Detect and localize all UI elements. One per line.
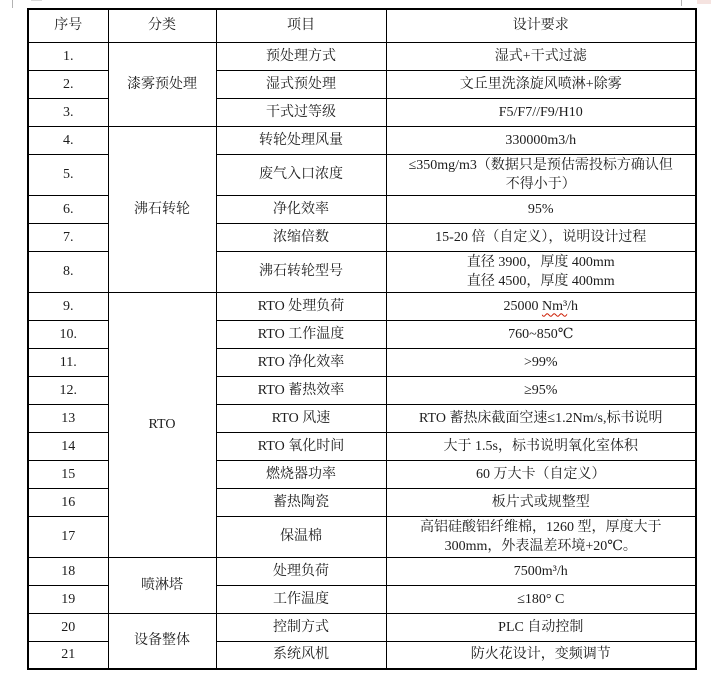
table-row: 4.沸石转轮转轮处理风量330000m3/h xyxy=(28,126,696,154)
item-cell: RTO 氧化时间 xyxy=(216,432,386,460)
requirement-line: 15-20 倍（自定义），说明设计过程 xyxy=(389,228,694,247)
spec-table-body: 1.漆雾预处理预处理方式湿式+干式过滤2.湿式预处理文丘里洗涤旋风喷淋+除雾3.… xyxy=(28,42,696,669)
row-number-cell: 18 xyxy=(28,557,108,585)
requirement-line: 湿式+干式过滤 xyxy=(389,47,694,66)
requirement-text: 25000 xyxy=(503,299,542,314)
row-number-cell: 19 xyxy=(28,585,108,613)
item-cell: 燃烧器功率 xyxy=(216,460,386,488)
item-cell: 蓄热陶瓷 xyxy=(216,488,386,516)
screen-artifact-right-tick xyxy=(681,0,682,6)
row-number-cell: 5. xyxy=(28,154,108,195)
category-cell: 设备整体 xyxy=(108,613,216,669)
screen-artifact-smudge xyxy=(697,0,711,4)
requirement-line: 防火花设计，变频调节 xyxy=(389,645,694,664)
requirement-cell: 防火花设计，变频调节 xyxy=(386,641,696,669)
requirement-cell: 大于 1.5s，标书说明氧化室体积 xyxy=(386,432,696,460)
row-number-cell: 15 xyxy=(28,460,108,488)
requirement-cell: 文丘里洗涤旋风喷淋+除雾 xyxy=(386,70,696,98)
requirement-cell: 高铝硅酸铝纤维棉，1260 型，厚度大于300mm，外表温差环境+20℃。 xyxy=(386,516,696,557)
requirement-line: 330000m3/h xyxy=(389,131,694,150)
column-header-item: 项目 xyxy=(216,9,386,42)
item-cell: RTO 处理负荷 xyxy=(216,292,386,320)
table-row: 9.RTORTO 处理负荷25000 Nm³/h xyxy=(28,292,696,320)
requirement-line: >99% xyxy=(389,353,694,372)
table-row: 18喷淋塔处理负荷7500m³/h xyxy=(28,557,696,585)
item-cell: 净化效率 xyxy=(216,195,386,223)
requirement-line: 高铝硅酸铝纤维棉，1260 型，厚度大于 xyxy=(389,518,694,537)
item-cell: 系统风机 xyxy=(216,641,386,669)
row-number-cell: 16 xyxy=(28,488,108,516)
screen-artifact-left-tick xyxy=(12,0,13,8)
row-number-cell: 8. xyxy=(28,251,108,292)
spellcheck-underlined-text: Nm³ xyxy=(542,299,567,314)
row-number-cell: 1. xyxy=(28,42,108,70)
requirement-cell: 330000m3/h xyxy=(386,126,696,154)
screen-artifact-top-tick xyxy=(31,0,42,1)
requirement-text: /h xyxy=(567,299,578,314)
item-cell: 湿式预处理 xyxy=(216,70,386,98)
requirement-line: 不得小于） xyxy=(389,175,694,194)
requirement-cell: RTO 蓄热床截面空速≤1.2Nm/s,标书说明 xyxy=(386,404,696,432)
row-number-cell: 17 xyxy=(28,516,108,557)
row-number-cell: 9. xyxy=(28,292,108,320)
requirement-line: 25000 Nm³/h xyxy=(389,297,694,316)
row-number-cell: 21 xyxy=(28,641,108,669)
row-number-cell: 10. xyxy=(28,320,108,348)
item-cell: 保温棉 xyxy=(216,516,386,557)
requirement-cell: 60 万大卡（自定义） xyxy=(386,460,696,488)
category-cell: 沸石转轮 xyxy=(108,126,216,292)
item-cell: 废气入口浓度 xyxy=(216,154,386,195)
category-cell: 漆雾预处理 xyxy=(108,42,216,126)
item-cell: 工作温度 xyxy=(216,585,386,613)
item-cell: 干式过等级 xyxy=(216,98,386,126)
row-number-cell: 7. xyxy=(28,223,108,251)
table-row: 20设备整体控制方式PLC 自动控制 xyxy=(28,613,696,641)
requirement-line: ≤180° C xyxy=(389,590,694,609)
requirement-cell: 95% xyxy=(386,195,696,223)
requirement-cell: 760~850℃ xyxy=(386,320,696,348)
row-number-cell: 11. xyxy=(28,348,108,376)
requirement-line: ≤350mg/m3（数据只是预估需投标方确认但 xyxy=(389,156,694,175)
requirement-line: 7500m³/h xyxy=(389,562,694,581)
requirement-line: ≥95% xyxy=(389,381,694,400)
requirement-line: RTO 蓄热床截面空速≤1.2Nm/s,标书说明 xyxy=(389,409,694,428)
item-cell: 控制方式 xyxy=(216,613,386,641)
requirement-cell: ≤180° C xyxy=(386,585,696,613)
requirement-line: 95% xyxy=(389,200,694,219)
row-number-cell: 12. xyxy=(28,376,108,404)
requirement-line: 文丘里洗涤旋风喷淋+除雾 xyxy=(389,75,694,94)
item-cell: 沸石转轮型号 xyxy=(216,251,386,292)
category-cell: RTO xyxy=(108,292,216,557)
column-header-serial-number: 序号 xyxy=(28,9,108,42)
requirement-line: 大于 1.5s，标书说明氧化室体积 xyxy=(389,437,694,456)
column-header-category: 分类 xyxy=(108,9,216,42)
spec-table: 序号 分类 项目 设计要求 1.漆雾预处理预处理方式湿式+干式过滤2.湿式预处理… xyxy=(27,8,697,670)
row-number-cell: 13 xyxy=(28,404,108,432)
requirement-line: 300mm，外表温差环境+20℃。 xyxy=(389,537,694,556)
category-cell: 喷淋塔 xyxy=(108,557,216,613)
requirement-cell: 直径 3900，厚度 400mm直径 4500，厚度 400mm xyxy=(386,251,696,292)
item-cell: RTO 净化效率 xyxy=(216,348,386,376)
requirement-cell: >99% xyxy=(386,348,696,376)
item-cell: 预处理方式 xyxy=(216,42,386,70)
item-cell: 处理负荷 xyxy=(216,557,386,585)
requirement-cell: 湿式+干式过滤 xyxy=(386,42,696,70)
row-number-cell: 3. xyxy=(28,98,108,126)
row-number-cell: 4. xyxy=(28,126,108,154)
requirement-line: 60 万大卡（自定义） xyxy=(389,465,694,484)
item-cell: RTO 蓄热效率 xyxy=(216,376,386,404)
table-row: 1.漆雾预处理预处理方式湿式+干式过滤 xyxy=(28,42,696,70)
item-cell: RTO 风速 xyxy=(216,404,386,432)
requirement-line: PLC 自动控制 xyxy=(389,618,694,637)
requirement-cell: 7500m³/h xyxy=(386,557,696,585)
item-cell: 浓缩倍数 xyxy=(216,223,386,251)
column-header-design-requirement: 设计要求 xyxy=(386,9,696,42)
table-header-row: 序号 分类 项目 设计要求 xyxy=(28,9,696,42)
requirement-line: 板片式或规整型 xyxy=(389,493,694,512)
row-number-cell: 20 xyxy=(28,613,108,641)
requirement-cell: 25000 Nm³/h xyxy=(386,292,696,320)
row-number-cell: 14 xyxy=(28,432,108,460)
requirement-cell: 板片式或规整型 xyxy=(386,488,696,516)
item-cell: 转轮处理风量 xyxy=(216,126,386,154)
item-cell: RTO 工作温度 xyxy=(216,320,386,348)
requirement-line: 760~850℃ xyxy=(389,325,694,344)
requirement-line: 直径 4500，厚度 400mm xyxy=(389,272,694,291)
requirement-line: 直径 3900，厚度 400mm xyxy=(389,253,694,272)
requirement-cell: 15-20 倍（自定义），说明设计过程 xyxy=(386,223,696,251)
requirement-cell: F5/F7//F9/H10 xyxy=(386,98,696,126)
row-number-cell: 6. xyxy=(28,195,108,223)
row-number-cell: 2. xyxy=(28,70,108,98)
requirement-cell: ≥95% xyxy=(386,376,696,404)
requirement-line: F5/F7//F9/H10 xyxy=(389,103,694,122)
requirement-cell: PLC 自动控制 xyxy=(386,613,696,641)
requirement-cell: ≤350mg/m3（数据只是预估需投标方确认但不得小于） xyxy=(386,154,696,195)
